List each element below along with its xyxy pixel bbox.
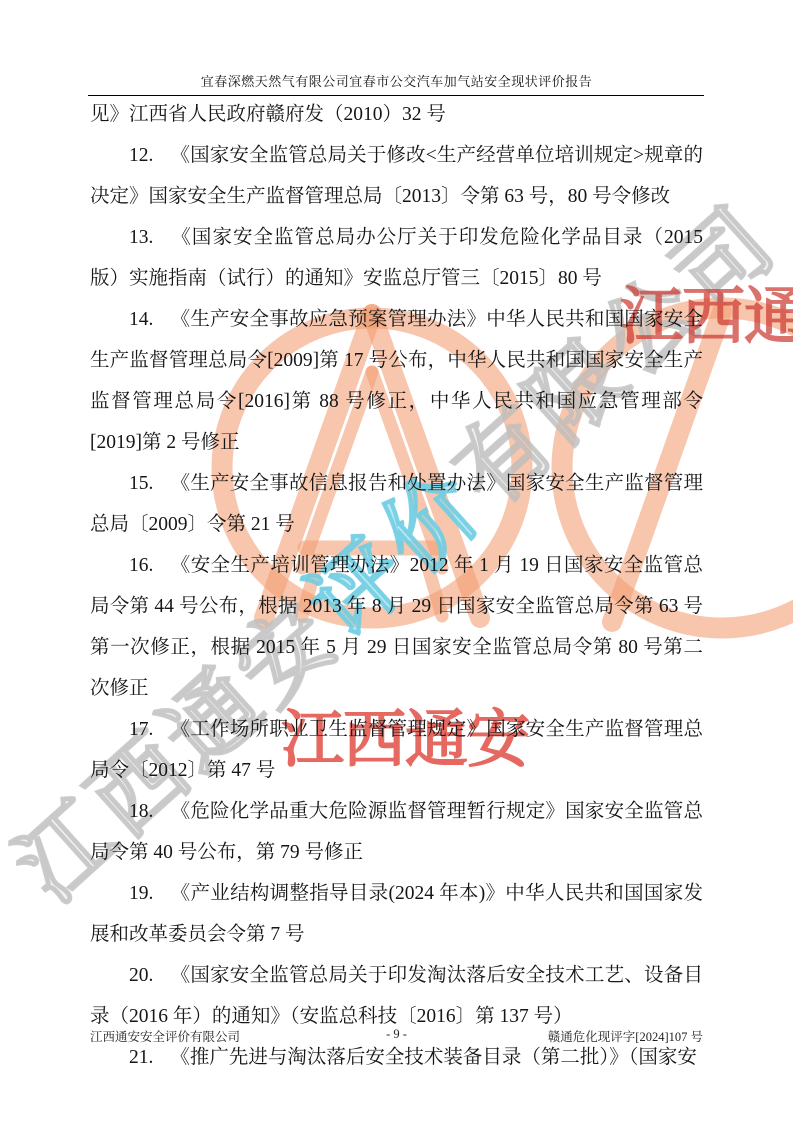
- paragraph-number: 21.: [129, 1047, 153, 1068]
- paragraph-number: 19.: [129, 883, 153, 904]
- paragraph-number: 14.: [129, 309, 153, 330]
- body-paragraph: 12.《国家安全监管总局关于修改<生产经营单位培训规定>规章的决定》国家安全生产…: [90, 135, 703, 217]
- body-paragraph: 18.《危险化学品重大危险源监督管理暂行规定》国家安全监管总局令第 40 号公布…: [90, 791, 703, 873]
- paragraph-text: 《工作场所职业卫生监督管理规定》国家安全生产监督管理总局令〔2012〕第 47 …: [90, 719, 703, 781]
- body-paragraph: 19.《产业结构调整指导目录(2024 年本)》中华人民共和国国家发展和改革委员…: [90, 873, 703, 955]
- paragraph-text: 《危险化学品重大危险源监督管理暂行规定》国家安全监管总局令第 40 号公布，第 …: [90, 801, 703, 863]
- body-paragraph: 15.《生产安全事故信息报告和处置办法》国家安全生产监督管理总局〔2009〕令第…: [90, 463, 703, 545]
- footer-document-number: 赣通危化现评字[2024]107 号: [548, 1027, 703, 1045]
- body-paragraphs: 见》江西省人民政府赣府发（2010）32 号12.《国家安全监管总局关于修改<生…: [90, 94, 703, 1078]
- paragraph-number: 17.: [129, 719, 153, 740]
- body-paragraph: 13.《国家安全监管总局办公厅关于印发危险化学品目录（2015 版）实施指南（试…: [90, 217, 703, 299]
- paragraph-text: 《产业结构调整指导目录(2024 年本)》中华人民共和国国家发展和改革委员会令第…: [90, 883, 703, 945]
- paragraph-number: 13.: [129, 227, 153, 248]
- body-paragraph: 17.《工作场所职业卫生监督管理规定》国家安全生产监督管理总局令〔2012〕第 …: [90, 709, 703, 791]
- page-header-title: 宜春深燃天然气有限公司宜春市公交汽车加气站安全现状评价报告: [90, 71, 703, 90]
- body-paragraph: 14.《生产安全事故应急预案管理办法》中华人民共和国国家安全生产监督管理总局令[…: [90, 299, 703, 463]
- paragraph-number: 12.: [129, 145, 153, 166]
- paragraph-number: 20.: [129, 965, 153, 986]
- paragraph-text: 《生产安全事故应急预案管理办法》中华人民共和国国家安全生产监督管理总局令[200…: [90, 309, 703, 453]
- body-paragraph: 见》江西省人民政府赣府发（2010）32 号: [90, 94, 703, 135]
- paragraph-text: 《国家安全监管总局关于修改<生产经营单位培训规定>规章的决定》国家安全生产监督管…: [90, 145, 703, 207]
- paragraph-text: 见》江西省人民政府赣府发（2010）32 号: [90, 104, 446, 125]
- content-layer: 宜春深燃天然气有限公司宜春市公交汽车加气站安全现状评价报告 见》江西省人民政府赣…: [0, 0, 793, 1122]
- paragraph-text: 《生产安全事故信息报告和处置办法》国家安全生产监督管理总局〔2009〕令第 21…: [90, 473, 703, 535]
- paragraph-text: 《推广先进与淘汰落后安全技术装备目录（第二批）》（国家安: [170, 1047, 697, 1068]
- paragraph-text: 《国家安全监管总局办公厅关于印发危险化学品目录（2015 版）实施指南（试行）的…: [90, 227, 703, 289]
- body-paragraph: 20.《国家安全监管总局关于印发淘汰落后安全技术工艺、设备目录（2016 年）的…: [90, 955, 703, 1037]
- paragraph-number: 18.: [129, 801, 153, 822]
- paragraph-text: 《安全生产培训管理办法》2012 年 1 月 19 日国家安全监管总局令第 44…: [90, 555, 703, 699]
- body-paragraph: 16.《安全生产培训管理办法》2012 年 1 月 19 日国家安全监管总局令第…: [90, 545, 703, 709]
- paragraph-number: 16.: [129, 555, 153, 576]
- paragraph-text: 《国家安全监管总局关于印发淘汰落后安全技术工艺、设备目录（2016 年）的通知》…: [90, 965, 703, 1027]
- paragraph-number: 15.: [129, 473, 153, 494]
- document-page: 江西通安评价有限公司 江西通安 江西通安 宜春深燃天然气有限公司宜春市公交汽车加…: [0, 0, 793, 1122]
